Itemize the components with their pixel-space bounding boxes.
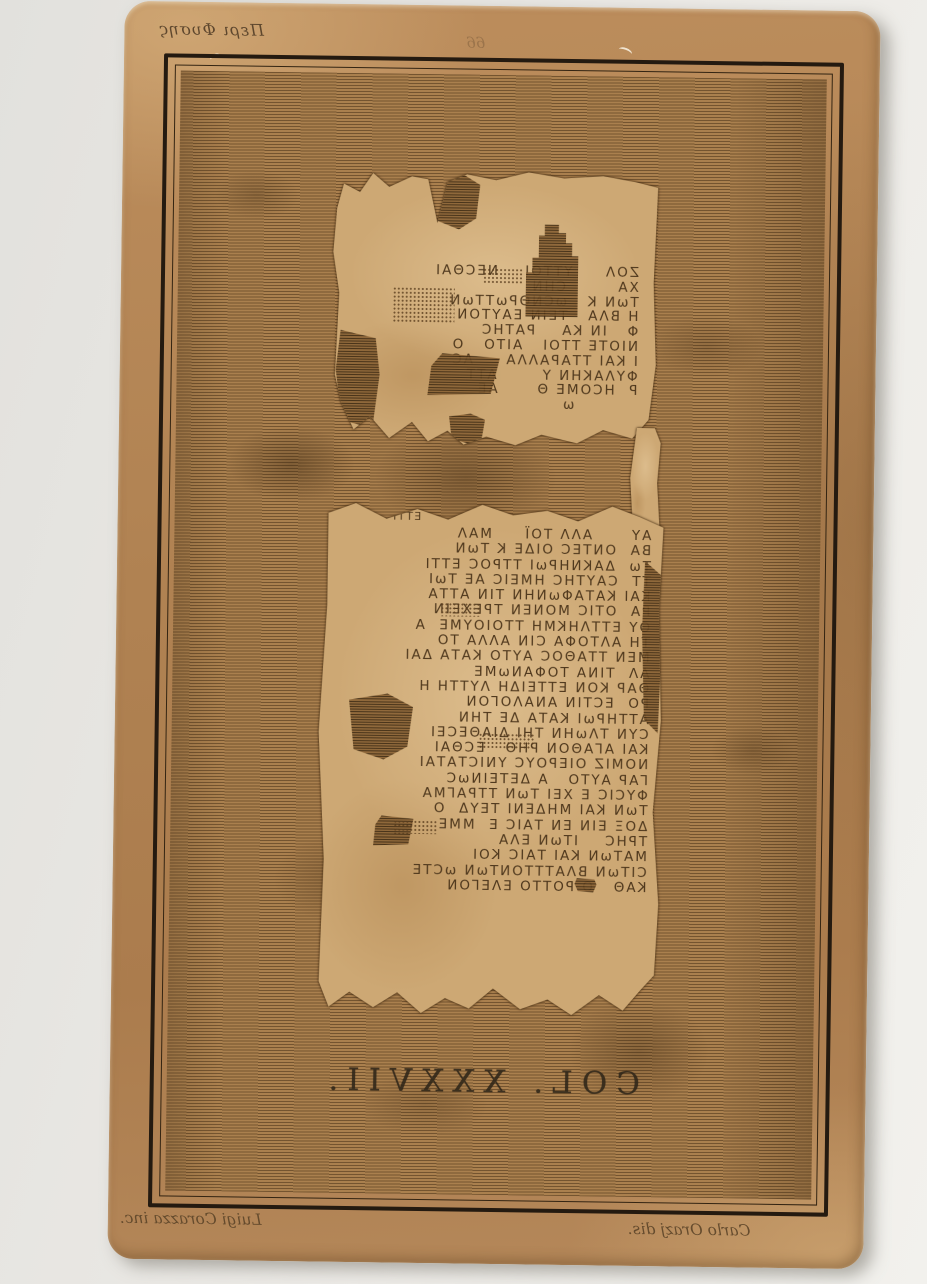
lacuna-hatch [449, 413, 485, 443]
faint-number-mark: 66 [466, 34, 485, 52]
lacuna-hatch [335, 330, 380, 429]
stipple-damage [440, 602, 480, 617]
lacuna-hatch [434, 173, 481, 230]
lacuna-hatch [525, 224, 578, 317]
handwritten-title-mirrored: Περι Φυσης [158, 19, 264, 39]
draughtsman-signature-mirrored: Carlo Orazj dis. [628, 1220, 751, 1240]
fragment-2-small-line-mirrored: ΕΤΤΙ [392, 510, 422, 523]
lacuna-hatch [641, 561, 663, 733]
stipple-damage [483, 268, 523, 285]
fragment-1-greek-text-mirrored: ΖΟΛ ΥΤΤΟΙ ΝΕCΘΑΙΧΑ CΗΝΤωΝ Κ ωCΝΘΡωΤΤωΝΗ … [347, 262, 639, 414]
stipple-damage [393, 820, 437, 835]
lacuna-hatch [427, 353, 500, 396]
engraved-copper-plate: Περι Φυσης 66 ΖΟΛ ΥΤΤΟΙ ΝΕCΘΑΙΧΑ CΗΝΤωΝ … [107, 1, 880, 1269]
stipple-damage [478, 733, 534, 750]
stipple-damage [392, 287, 454, 324]
papyrus-fragment-1: ΖΟΛ ΥΤΤΟΙ ΝΕCΘΑΙΧΑ CΗΝΤωΝ Κ ωCΝΘΡωΤΤωΝΗ … [331, 170, 659, 447]
scratch-mark [617, 46, 633, 58]
papyrus-fragment-2: ΕΤΤΙ ΑΥ ΑΛΛ ΤΟΪ ΜΑΛΒΑ ΟΝΤΕC ΟΙΔΕ Κ ΤωΝΤω… [315, 503, 664, 1017]
column-caption-mirrored: COL. XXXVII. [290, 1061, 670, 1102]
engraver-signature-mirrored: Luigi Corazza inc. [120, 1209, 262, 1229]
lacuna-hatch [574, 878, 596, 892]
